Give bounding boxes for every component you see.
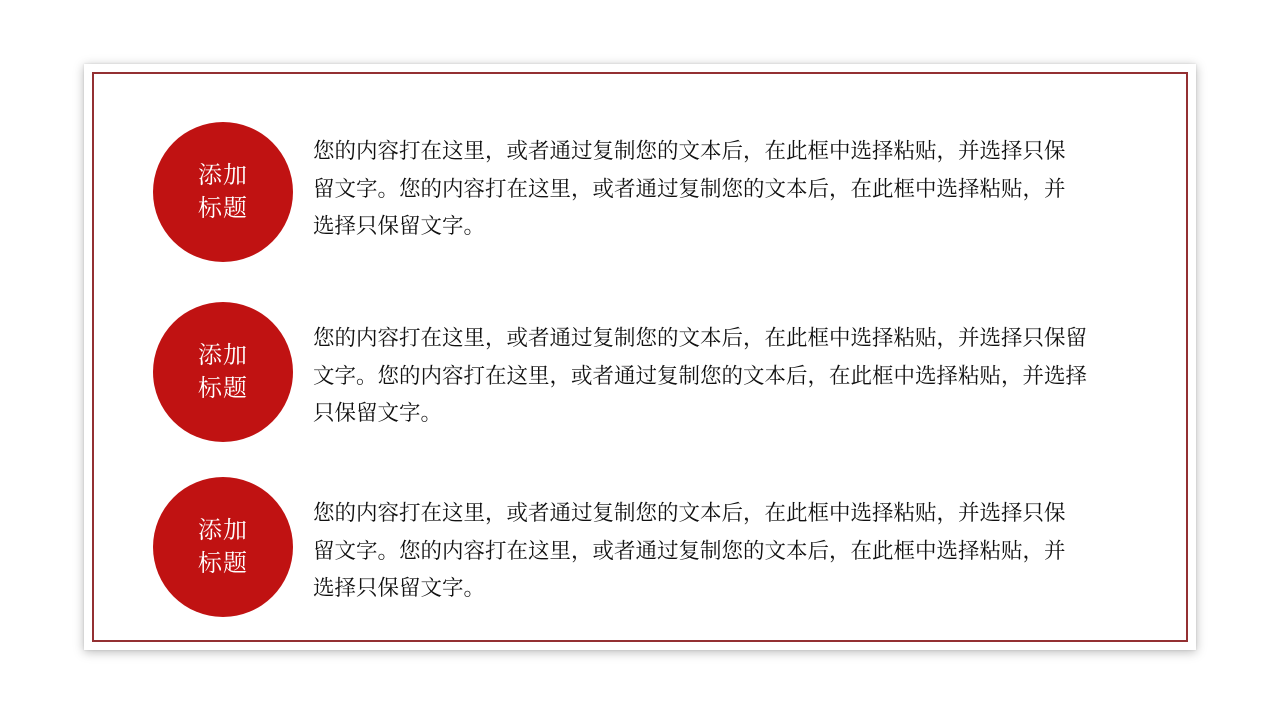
content-row-3: 添加 标题 您的内容打在这里，或者通过复制您的文本后，在此框中选择粘贴，并选择只…: [84, 477, 1196, 617]
badge-label-line: 添加: [198, 339, 248, 372]
badge-label-line: 标题: [198, 192, 248, 225]
badge-label-line: 添加: [198, 514, 248, 547]
body-text-line: 选择只保留文字。: [313, 570, 1066, 608]
body-text-line: 只保留文字。: [313, 395, 1087, 433]
add-title-badge: 添加 标题: [153, 122, 293, 262]
badge-label-line: 标题: [198, 372, 248, 405]
body-text: 您的内容打在这里，或者通过复制您的文本后，在此框中选择粘贴，并选择只保 留文字。…: [313, 495, 1066, 608]
add-title-badge: 添加 标题: [153, 477, 293, 617]
body-text-line: 您的内容打在这里，或者通过复制您的文本后，在此框中选择粘贴，并选择只保: [313, 133, 1066, 171]
content-row-1: 添加 标题 您的内容打在这里，或者通过复制您的文本后，在此框中选择粘贴，并选择只…: [84, 122, 1196, 262]
body-text-line: 留文字。您的内容打在这里，或者通过复制您的文本后，在此框中选择粘贴，并: [313, 171, 1066, 209]
content-row-2: 添加 标题 您的内容打在这里，或者通过复制您的文本后，在此框中选择粘贴，并选择只…: [84, 302, 1196, 442]
body-text: 您的内容打在这里，或者通过复制您的文本后，在此框中选择粘贴，并选择只保 留文字。…: [313, 133, 1066, 246]
body-text-line: 留文字。您的内容打在这里，或者通过复制您的文本后，在此框中选择粘贴，并: [313, 533, 1066, 571]
slide-card: 添加 标题 您的内容打在这里，或者通过复制您的文本后，在此框中选择粘贴，并选择只…: [84, 64, 1196, 650]
badge-label-line: 标题: [198, 547, 248, 580]
body-text: 您的内容打在这里，或者通过复制您的文本后，在此框中选择粘贴，并选择只保留 文字。…: [313, 320, 1087, 433]
add-title-badge: 添加 标题: [153, 302, 293, 442]
body-text-line: 文字。您的内容打在这里，或者通过复制您的文本后，在此框中选择粘贴，并选择: [313, 358, 1087, 396]
body-text-line: 选择只保留文字。: [313, 208, 1066, 246]
badge-label-line: 添加: [198, 159, 248, 192]
body-text-line: 您的内容打在这里，或者通过复制您的文本后，在此框中选择粘贴，并选择只保: [313, 495, 1066, 533]
body-text-line: 您的内容打在这里，或者通过复制您的文本后，在此框中选择粘贴，并选择只保留: [313, 320, 1087, 358]
